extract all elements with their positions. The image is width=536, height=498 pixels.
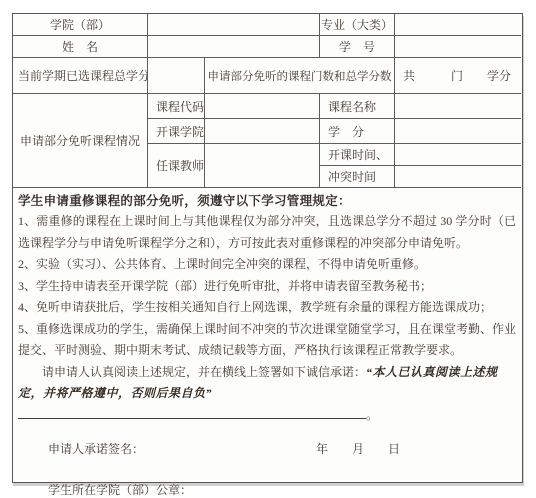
pledge-suffix: 。 xyxy=(366,408,378,422)
class-time-label: 开课时间、 xyxy=(320,144,395,166)
exempt-count-label: 申请部分免听的课程门数和总学分数 xyxy=(205,58,395,94)
course-name-label: 课程名称 xyxy=(320,94,395,119)
rule-item-1: 1、需重修的课程在上课时间上与其他课程仅为部分冲突，且选课总学分不超过 30 学… xyxy=(18,211,516,254)
current-credits-label: 当前学期已选课程总学分 xyxy=(13,58,148,94)
teacher-label: 任课教师 xyxy=(148,144,205,188)
form-header-table: 学院（部） 专业（大类） 姓 名 学 号 当前学期已选课程总学分 申请部分免听的… xyxy=(13,14,522,188)
name-label: 姓 名 xyxy=(13,36,148,58)
signature-row: 申请人承诺签名： 年 月 日 xyxy=(13,440,522,457)
conflict-time-label: 冲突时间 xyxy=(320,166,395,188)
student-id-label: 学 号 xyxy=(320,36,395,58)
conflict-time-value-cell xyxy=(395,166,521,188)
section-label: 申请部分免听课程情况 xyxy=(13,94,148,188)
pledge-paragraph: 请申请人认真阅读上述规定，并在横线上签署如下诚信承诺：“本人已认真阅读上述规定，… xyxy=(13,362,522,427)
credit-value-cell xyxy=(395,119,521,144)
rule-item-4: 4、免听申请获批后，学生按相关通知自行上网选课，教学班有余量的课程方能选课成功； xyxy=(18,297,516,319)
class-time-value-cell xyxy=(395,144,521,166)
teacher-value-cell xyxy=(205,144,320,188)
pledge-signature-line xyxy=(18,416,366,419)
name-value-cell xyxy=(148,36,320,58)
rules-section: 学生申请重修课程的部分免听，须遵守以下学习管理规定： 1、需重修的课程在上课时间… xyxy=(13,188,522,362)
major-label: 专业（大类） xyxy=(320,14,395,36)
offering-college-label: 开课学院 xyxy=(148,119,205,144)
course-code-label: 课程代码 xyxy=(148,94,205,119)
course-name-value-cell xyxy=(395,94,521,119)
date-label: 年 月 日 xyxy=(316,440,400,457)
student-id-value-cell xyxy=(395,36,521,58)
college-label: 学院（部） xyxy=(13,14,148,36)
credit-label: 学 分 xyxy=(320,119,395,144)
sign-label: 申请人承诺签名： xyxy=(48,440,144,457)
rules-heading: 学生申请重修课程的部分免听，须遵守以下学习管理规定： xyxy=(18,191,516,211)
rule-item-3: 3、学生持申请表至开课学院（部）进行免听审批，并将申请表留至教务秘书； xyxy=(18,276,516,298)
scanned-form-page: 学院（部） 专业（大类） 姓 名 学 号 当前学期已选课程总学分 申请部分免听的… xyxy=(0,0,536,496)
seal-row: 学生所在学院（部）公章： xyxy=(13,481,522,498)
rule-item-5: 5、重修选课成功的学生，需确保上课时间不冲突的节次进课堂随堂学习，且在课堂考勤、… xyxy=(18,319,516,362)
college-value-cell xyxy=(148,14,320,36)
current-credits-value-cell xyxy=(148,58,205,94)
offering-college-value-cell xyxy=(205,119,320,144)
pledge-prefix: 请申请人认真阅读上述规定，并在横线上签署如下诚信承诺： xyxy=(42,365,366,379)
rule-item-2: 2、实验（实习）、公共体育、上课时间完全冲突的课程，不得申请免听重修。 xyxy=(18,254,516,276)
course-code-value-cell xyxy=(205,94,320,119)
major-value-cell xyxy=(395,14,521,36)
exempt-count-value: 共 门 学分 xyxy=(395,58,521,94)
seal-label: 学生所在学院（部）公章： xyxy=(48,483,192,497)
course-exemption-application-form: 学院（部） 专业（大类） 姓 名 学 号 当前学期已选课程总学分 申请部分免听的… xyxy=(12,13,523,483)
